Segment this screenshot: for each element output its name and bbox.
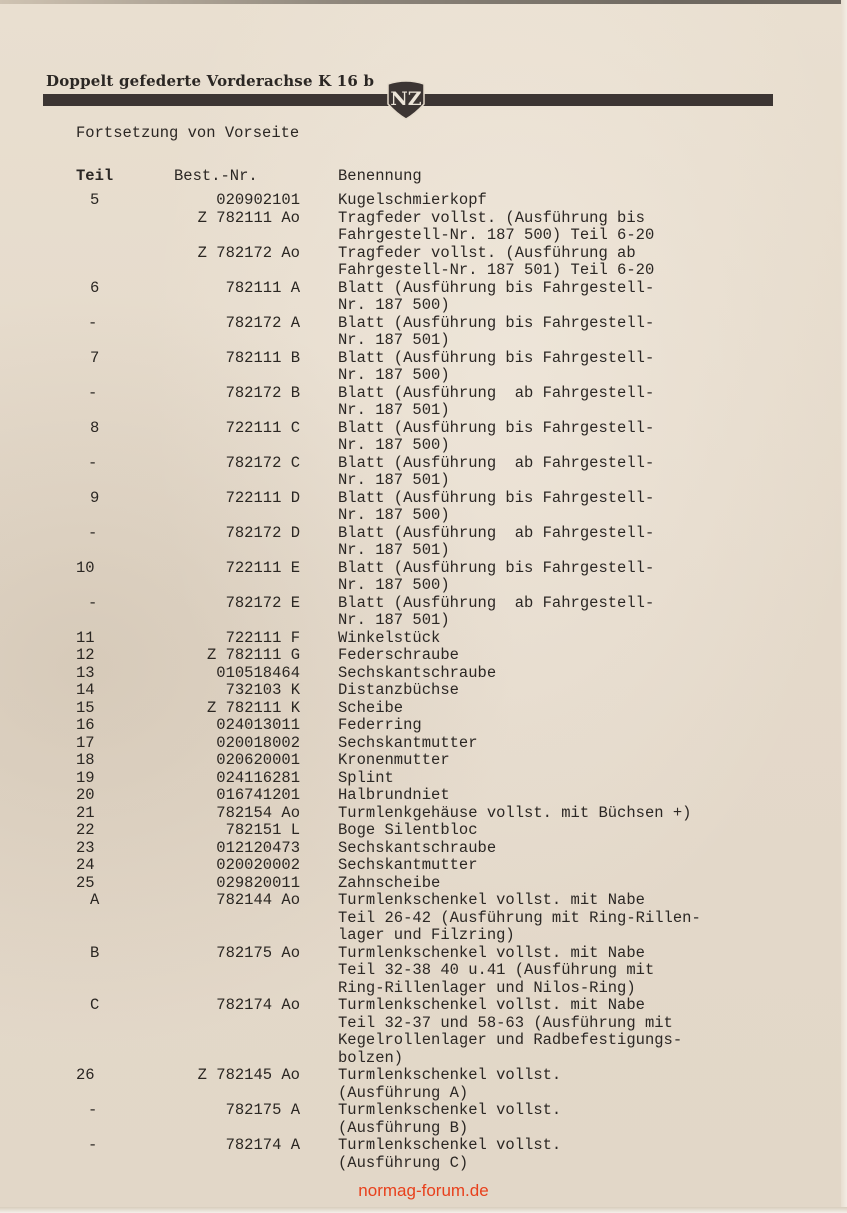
best-nr-cell: 020620001 xyxy=(160,752,300,770)
teil-cell: 22 xyxy=(76,822,116,840)
table-row: -782172 DBlatt (Ausführung ab Fahrgestel… xyxy=(0,525,847,560)
watermark: normag-forum.de xyxy=(0,1181,847,1201)
best-nr-cell: 722111 E xyxy=(160,560,300,578)
column-header-best-nr: Best.-Nr. xyxy=(174,167,258,185)
table-row: 6782111 ABlatt (Ausführung bis Fahrgeste… xyxy=(0,280,847,315)
page-bottom-edge xyxy=(0,1207,847,1213)
table-row: 12Z 782111 GFederschraube xyxy=(0,647,847,665)
best-nr-cell: 722111 F xyxy=(160,630,300,648)
table-row: Z 782111 AoTragfeder vollst. (Ausführung… xyxy=(0,210,847,245)
best-nr-cell: Z 782172 Ao xyxy=(160,245,300,263)
best-nr-cell: Z 782111 G xyxy=(160,647,300,665)
best-nr-cell: 782174 Ao xyxy=(160,997,300,1015)
teil-cell: 15 xyxy=(76,700,116,718)
table-row: 9722111 DBlatt (Ausführung bis Fahrgeste… xyxy=(0,490,847,525)
teil-cell: 19 xyxy=(76,770,116,788)
column-header-benennung: Benennung xyxy=(338,167,422,185)
teil-cell: 20 xyxy=(76,787,116,805)
table-row: 21782154 AoTurmlenkgehäuse vollst. mit B… xyxy=(0,805,847,823)
benennung-cell: Turmlenkschenkel vollst. mit Nabe Teil 2… xyxy=(338,892,847,945)
best-nr-cell: Z 782111 K xyxy=(160,700,300,718)
benennung-cell: Sechskantschraube xyxy=(338,665,847,683)
benennung-cell: Blatt (Ausführung ab Fahrgestell- Nr. 18… xyxy=(338,595,847,630)
teil-cell: 17 xyxy=(76,735,116,753)
teil-cell: 12 xyxy=(76,647,116,665)
teil-cell: 21 xyxy=(76,805,116,823)
teil-cell: - xyxy=(88,455,128,473)
table-row: 16024013011Federring xyxy=(0,717,847,735)
best-nr-cell: 782172 E xyxy=(160,595,300,613)
best-nr-cell: 782154 Ao xyxy=(160,805,300,823)
table-row: 11722111 FWinkelstück xyxy=(0,630,847,648)
teil-cell: 8 xyxy=(90,420,130,438)
benennung-cell: Halbrundniet xyxy=(338,787,847,805)
best-nr-cell: 020020002 xyxy=(160,857,300,875)
best-nr-cell: 010518464 xyxy=(160,665,300,683)
page-title: Doppelt gefederte Vorderachse K 16 b xyxy=(46,72,374,90)
table-row: -782172 CBlatt (Ausführung ab Fahrgestel… xyxy=(0,455,847,490)
table-row: -782175 ATurmlenkschenkel vollst. (Ausfü… xyxy=(0,1102,847,1137)
teil-cell: 26 xyxy=(76,1067,116,1085)
best-nr-cell: 782172 A xyxy=(160,315,300,333)
table-row: 25029820011Zahnscheibe xyxy=(0,875,847,893)
table-row: A782144 AoTurmlenkschenkel vollst. mit N… xyxy=(0,892,847,945)
benennung-cell: Sechskantmutter xyxy=(338,735,847,753)
best-nr-cell: 782111 B xyxy=(160,350,300,368)
benennung-cell: Zahnscheibe xyxy=(338,875,847,893)
teil-cell: 13 xyxy=(76,665,116,683)
benennung-cell: Blatt (Ausführung bis Fahrgestell- Nr. 1… xyxy=(338,315,847,350)
best-nr-cell: 029820011 xyxy=(160,875,300,893)
table-row: 18020620001Kronenmutter xyxy=(0,752,847,770)
teil-cell: 23 xyxy=(76,840,116,858)
benennung-cell: Sechskantmutter xyxy=(338,857,847,875)
best-nr-cell: 024116281 xyxy=(160,770,300,788)
best-nr-cell: 732103 K xyxy=(160,682,300,700)
teil-cell: 24 xyxy=(76,857,116,875)
table-row: 26Z 782145 AoTurmlenkschenkel vollst. (A… xyxy=(0,1067,847,1102)
benennung-cell: Winkelstück xyxy=(338,630,847,648)
teil-cell: 16 xyxy=(76,717,116,735)
benennung-cell: Federschraube xyxy=(338,647,847,665)
benennung-cell: Blatt (Ausführung ab Fahrgestell- Nr. 18… xyxy=(338,455,847,490)
best-nr-cell: 020902101 xyxy=(160,192,300,210)
teil-cell: A xyxy=(90,892,130,910)
table-row: -782172 ABlatt (Ausführung bis Fahrgeste… xyxy=(0,315,847,350)
parts-table: 5020902101KugelschmierkopfZ 782111 AoTra… xyxy=(0,192,847,1172)
best-nr-cell: 782172 B xyxy=(160,385,300,403)
table-row: 13010518464Sechskantschraube xyxy=(0,665,847,683)
table-row: 17020018002Sechskantmutter xyxy=(0,735,847,753)
teil-cell: 14 xyxy=(76,682,116,700)
table-row: -782172 BBlatt (Ausführung ab Fahrgestel… xyxy=(0,385,847,420)
benennung-cell: Distanzbüchse xyxy=(338,682,847,700)
benennung-cell: Turmlenkschenkel vollst. (Ausführung C) xyxy=(338,1137,847,1172)
table-row: 19024116281Splint xyxy=(0,770,847,788)
benennung-cell: Blatt (Ausführung ab Fahrgestell- Nr. 18… xyxy=(338,525,847,560)
best-nr-cell: 782174 A xyxy=(160,1137,300,1155)
benennung-cell: Blatt (Ausführung bis Fahrgestell- Nr. 1… xyxy=(338,350,847,385)
teil-cell: 9 xyxy=(90,490,130,508)
benennung-cell: Kronenmutter xyxy=(338,752,847,770)
teil-cell: - xyxy=(88,525,128,543)
benennung-cell: Blatt (Ausführung bis Fahrgestell- Nr. 1… xyxy=(338,560,847,595)
best-nr-cell: 722111 D xyxy=(160,490,300,508)
teil-cell: 18 xyxy=(76,752,116,770)
table-row: 24020020002Sechskantmutter xyxy=(0,857,847,875)
best-nr-cell: 782172 D xyxy=(160,525,300,543)
column-header-teil: Teil xyxy=(76,167,113,185)
best-nr-cell: 782111 A xyxy=(160,280,300,298)
benennung-cell: Turmlenkschenkel vollst. mit Nabe Teil 3… xyxy=(338,945,847,998)
teil-cell: - xyxy=(88,385,128,403)
teil-cell: B xyxy=(90,945,130,963)
table-row: 23012120473Sechskantschraube xyxy=(0,840,847,858)
benennung-cell: Sechskantschraube xyxy=(338,840,847,858)
benennung-cell: Turmlenkgehäuse vollst. mit Büchsen +) xyxy=(338,805,847,823)
table-row: Z 782172 AoTragfeder vollst. (Ausführung… xyxy=(0,245,847,280)
table-row: 8722111 CBlatt (Ausführung bis Fahrgeste… xyxy=(0,420,847,455)
teil-cell: - xyxy=(88,595,128,613)
benennung-cell: Turmlenkschenkel vollst. (Ausführung B) xyxy=(338,1102,847,1137)
teil-cell: - xyxy=(88,1102,128,1120)
best-nr-cell: 016741201 xyxy=(160,787,300,805)
benennung-cell: Boge Silentbloc xyxy=(338,822,847,840)
table-row: C782174 AoTurmlenkschenkel vollst. mit N… xyxy=(0,997,847,1067)
best-nr-cell: 782144 Ao xyxy=(160,892,300,910)
benennung-cell: Turmlenkschenkel vollst. (Ausführung A) xyxy=(338,1067,847,1102)
benennung-cell: Kugelschmierkopf xyxy=(338,192,847,210)
table-row: 22782151 LBoge Silentbloc xyxy=(0,822,847,840)
best-nr-cell: 782172 C xyxy=(160,455,300,473)
document-page: Doppelt gefederte Vorderachse K 16 b NZ … xyxy=(0,0,847,1213)
best-nr-cell: Z 782145 Ao xyxy=(160,1067,300,1085)
benennung-cell: Splint xyxy=(338,770,847,788)
table-row: B782175 AoTurmlenkschenkel vollst. mit N… xyxy=(0,945,847,998)
best-nr-cell: 722111 C xyxy=(160,420,300,438)
best-nr-cell: 782175 A xyxy=(160,1102,300,1120)
teil-cell: C xyxy=(90,997,130,1015)
best-nr-cell: Z 782111 Ao xyxy=(160,210,300,228)
teil-cell: 6 xyxy=(90,280,130,298)
svg-text:NZ: NZ xyxy=(390,88,421,110)
best-nr-cell: 012120473 xyxy=(160,840,300,858)
best-nr-cell: 020018002 xyxy=(160,735,300,753)
benennung-cell: Turmlenkschenkel vollst. mit Nabe Teil 3… xyxy=(338,997,847,1067)
teil-cell: 7 xyxy=(90,350,130,368)
teil-cell: - xyxy=(88,315,128,333)
best-nr-cell: 782151 L xyxy=(160,822,300,840)
page-top-edge xyxy=(0,0,847,4)
teil-cell: - xyxy=(88,1137,128,1155)
teil-cell: 10 xyxy=(76,560,116,578)
benennung-cell: Federring xyxy=(338,717,847,735)
table-row: 20016741201Halbrundniet xyxy=(0,787,847,805)
table-row: -782174 ATurmlenkschenkel vollst. (Ausfü… xyxy=(0,1137,847,1172)
teil-cell: 5 xyxy=(90,192,130,210)
nz-logo-icon: NZ xyxy=(384,78,428,120)
benennung-cell: Blatt (Ausführung ab Fahrgestell- Nr. 18… xyxy=(338,385,847,420)
benennung-cell: Blatt (Ausführung bis Fahrgestell- Nr. 1… xyxy=(338,420,847,455)
table-row: 10722111 EBlatt (Ausführung bis Fahrgest… xyxy=(0,560,847,595)
benennung-cell: Tragfeder vollst. (Ausführung ab Fahrges… xyxy=(338,245,847,280)
benennung-cell: Tragfeder vollst. (Ausführung bis Fahrge… xyxy=(338,210,847,245)
table-row: 15Z 782111 KScheibe xyxy=(0,700,847,718)
table-row: 14732103 KDistanzbüchse xyxy=(0,682,847,700)
best-nr-cell: 024013011 xyxy=(160,717,300,735)
table-row: 7782111 BBlatt (Ausführung bis Fahrgeste… xyxy=(0,350,847,385)
teil-cell: 11 xyxy=(76,630,116,648)
teil-cell: 25 xyxy=(76,875,116,893)
benennung-cell: Scheibe xyxy=(338,700,847,718)
table-row: 5020902101Kugelschmierkopf xyxy=(0,192,847,210)
best-nr-cell: 782175 Ao xyxy=(160,945,300,963)
benennung-cell: Blatt (Ausführung bis Fahrgestell- Nr. 1… xyxy=(338,280,847,315)
table-row: -782172 EBlatt (Ausführung ab Fahrgestel… xyxy=(0,595,847,630)
continuation-note: Fortsetzung von Vorseite xyxy=(76,124,299,142)
benennung-cell: Blatt (Ausführung bis Fahrgestell- Nr. 1… xyxy=(338,490,847,525)
